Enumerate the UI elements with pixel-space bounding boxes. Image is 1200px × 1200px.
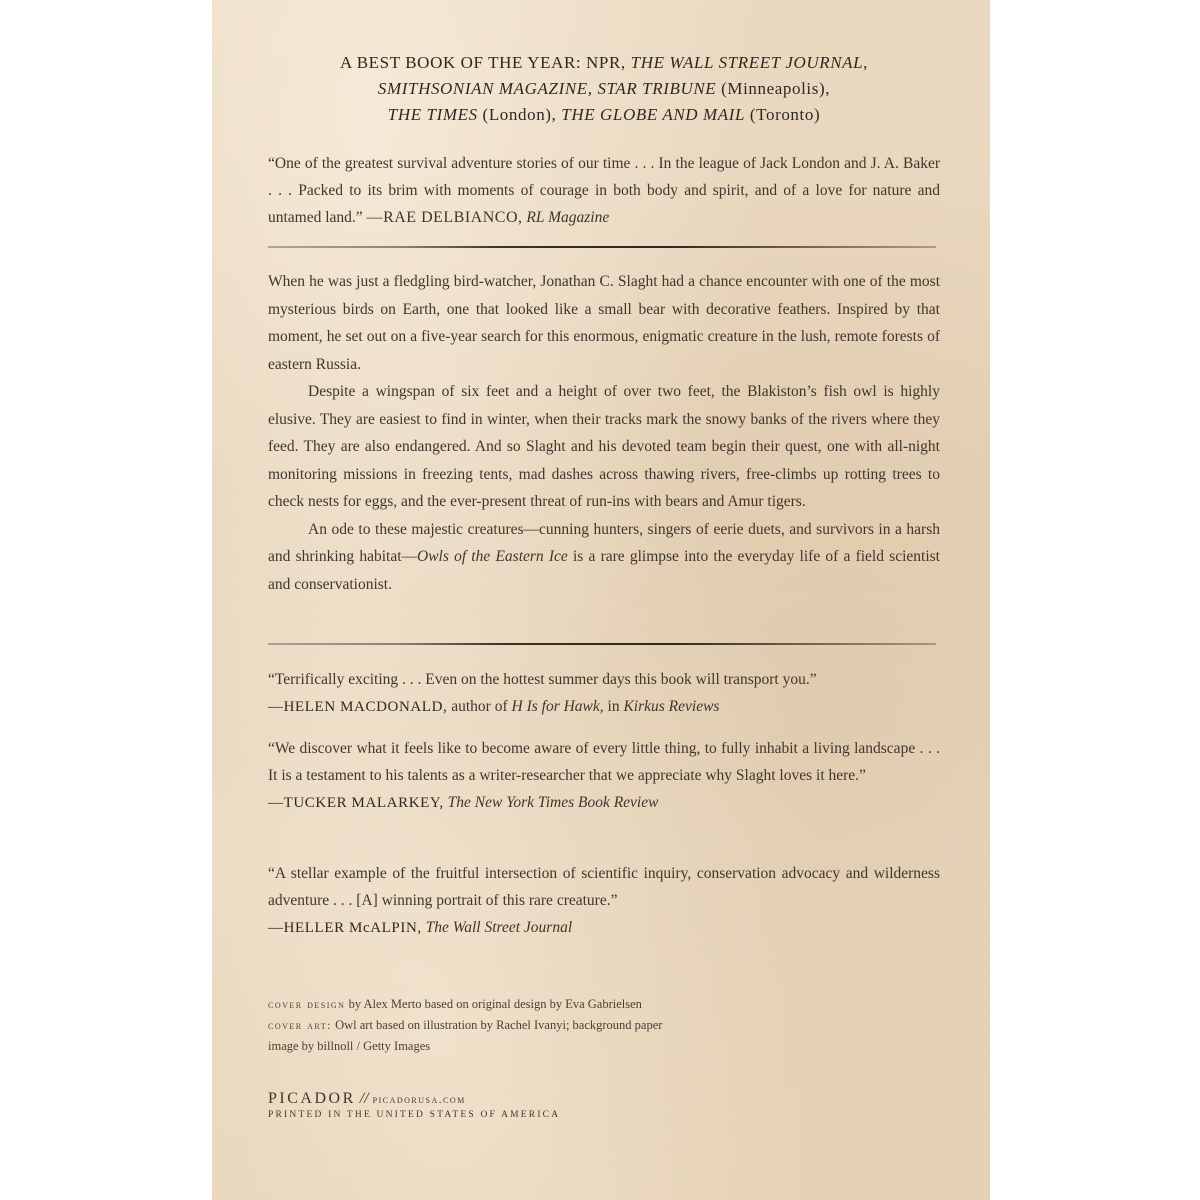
review-author: —TUCKER MALARKEY,: [268, 795, 444, 811]
review-source: The Wall Street Journal: [422, 919, 572, 936]
review-quote-text: “A stellar example of the fruitful inter…: [268, 860, 940, 914]
honors-line-1: A BEST BOOK OF THE YEAR: NPR, THE WALL S…: [268, 50, 940, 76]
credit-label: COVER ART:: [268, 1018, 332, 1032]
honors-text: (Toronto): [745, 105, 820, 124]
divider-rule: [268, 643, 936, 645]
review-source: The New York Times Book Review: [444, 794, 659, 811]
honors-line-3: THE TIMES (London), THE GLOBE AND MAIL (…: [268, 102, 940, 128]
review-attribution: —TUCKER MALARKEY, The New York Times Boo…: [268, 789, 940, 817]
description-paragraph: When he was just a fledgling bird-watche…: [268, 268, 940, 378]
book-description: When he was just a fledgling bird-watche…: [268, 268, 940, 598]
divider-rule: [268, 246, 936, 248]
cover-credits: COVER DESIGN by Alex Merto based on orig…: [268, 994, 668, 1057]
top-review-quote: “One of the greatest survival adventure …: [268, 150, 940, 231]
honors-text: A BEST BOOK OF THE YEAR: NPR,: [340, 53, 631, 72]
publication-title: THE TIMES: [388, 105, 478, 124]
review-source: Kirkus Reviews: [623, 698, 719, 715]
credit-label: COVER DESIGN: [268, 997, 345, 1011]
review-mcalpin: “A stellar example of the fruitful inter…: [268, 860, 940, 942]
review-malarkey: “We discover what it feels like to becom…: [268, 735, 940, 817]
publisher-name: PICADOR: [268, 1090, 356, 1107]
honors-text: (Minneapolis),: [716, 79, 830, 98]
honors-text: (London),: [478, 105, 562, 124]
publication-title: SMITHSONIAN MAGAZINE, STAR TRIBUNE: [378, 79, 716, 98]
review-macdonald: “Terrifically exciting . . . Even on the…: [268, 666, 940, 721]
honors-line-2: SMITHSONIAN MAGAZINE, STAR TRIBUNE (Minn…: [268, 76, 940, 102]
publisher-line: PICADOR // PICADORUSA.COM: [268, 1090, 688, 1108]
review-author: —HELLER McALPIN,: [268, 920, 422, 936]
review-quote-text: “Terrifically exciting . . . Even on the…: [268, 666, 940, 693]
publisher-imprint: PICADOR // PICADORUSA.COM PRINTED IN THE…: [268, 1090, 688, 1120]
book-title: Owls of the Eastern Ice: [417, 548, 568, 565]
review-author: —RAE DELBIANCO,: [367, 209, 523, 226]
credit-text: by Alex Merto based on original design b…: [345, 997, 641, 1011]
review-author: —HELEN MACDONALD,: [268, 699, 447, 715]
review-source-text: in: [604, 698, 624, 715]
cover-design-credit: COVER DESIGN by Alex Merto based on orig…: [268, 994, 668, 1015]
publisher-url: PICADORUSA.COM: [373, 1094, 466, 1106]
publication-title: THE GLOBE AND MAIL: [561, 105, 745, 124]
review-attribution: —HELEN MACDONALD, author of H Is for Haw…: [268, 693, 940, 721]
best-book-honors: A BEST BOOK OF THE YEAR: NPR, THE WALL S…: [268, 50, 940, 128]
separator: //: [356, 1090, 373, 1107]
review-attribution: —HELLER McALPIN, The Wall Street Journal: [268, 914, 940, 942]
printed-in-notice: PRINTED IN THE UNITED STATES OF AMERICA: [268, 1110, 688, 1120]
review-source-text: author of: [447, 698, 511, 715]
description-paragraph: An ode to these majestic creatures—cunni…: [268, 516, 940, 599]
book-title: H Is for Hawk,: [512, 698, 604, 715]
review-source: RL Magazine: [523, 209, 610, 226]
description-paragraph: Despite a wingspan of six feet and a hei…: [268, 378, 940, 516]
publication-title: THE WALL STREET JOURNAL,: [631, 53, 868, 72]
review-quote-text: “We discover what it feels like to becom…: [268, 735, 940, 789]
cover-art-credit: COVER ART: Owl art based on illustration…: [268, 1015, 668, 1057]
